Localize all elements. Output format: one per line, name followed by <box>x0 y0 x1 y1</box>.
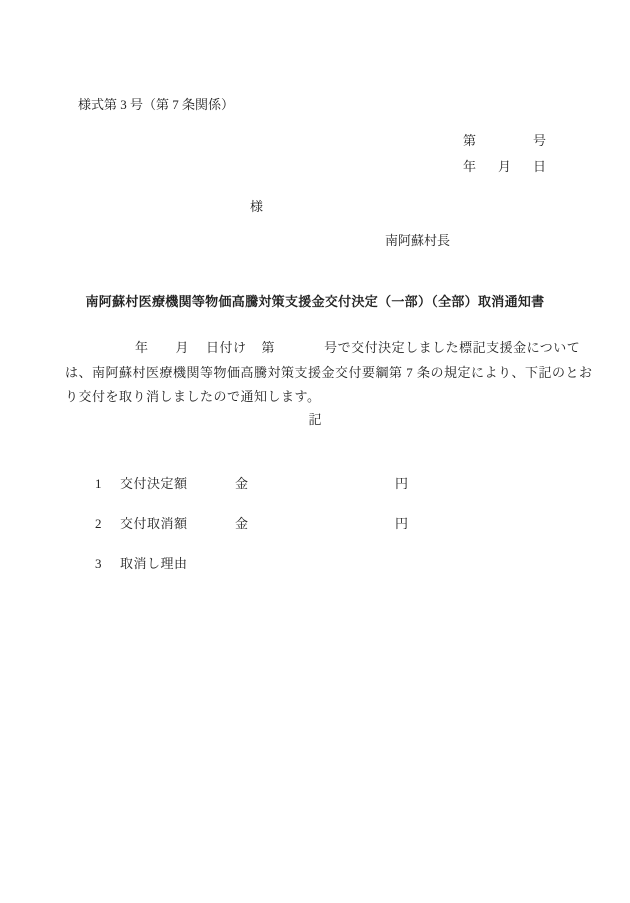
form-number-label: 様式第 3 号（第 7 条関係） <box>78 98 234 111</box>
item-label: 交付決定額 <box>120 477 235 490</box>
date-line: 年月日 <box>463 160 546 173</box>
document-number-line: 第号 <box>463 134 546 147</box>
body-day-blank <box>189 351 206 352</box>
body-line-1-rest: 号で交付決定しました標記支援金について <box>324 340 580 355</box>
record-heading: 記 <box>0 413 630 426</box>
body-date-suffix: 日付け <box>206 340 247 355</box>
body-line-3: り交付を取り消しましたので通知します。 <box>65 385 577 410</box>
body-year-label: 年 <box>135 340 149 355</box>
item-label: 交付取消額 <box>120 517 235 530</box>
addressee-honorific: 様 <box>250 200 263 213</box>
document-page: 様式第 3 号（第 7 条関係） 第号 年月日 様 南阿蘇村長 南阿蘇村医療機関… <box>0 0 630 903</box>
body-line-2: は、南阿蘇村医療機関等物価高騰対策支援金交付要綱第 7 条の規定により、下記のと… <box>65 361 577 386</box>
item-number: 1 <box>95 477 120 490</box>
doc-number-suffix: 号 <box>533 133 546 148</box>
amount-suffix: 円 <box>395 517 408 530</box>
sender-title: 南阿蘇村長 <box>385 234 450 247</box>
date-year-label: 年 <box>463 159 476 174</box>
body-month-label: 月 <box>176 340 190 355</box>
body-year-blank <box>65 351 135 352</box>
date-month-blank <box>476 170 498 171</box>
body-no-blank-right <box>275 351 324 352</box>
item-number: 3 <box>95 557 120 570</box>
amount-prefix: 金 <box>235 517 395 530</box>
date-day-label: 日 <box>533 159 546 174</box>
doc-number-prefix: 第 <box>463 133 476 148</box>
item-row-3: 3取消し理由 <box>95 557 395 570</box>
body-month-blank <box>149 351 176 352</box>
item-number: 2 <box>95 517 120 530</box>
body-line-1: 年月日付け第号で交付決定しました標記支援金について <box>65 336 577 361</box>
body-no-prefix: 第 <box>262 340 276 355</box>
body-paragraph: 年月日付け第号で交付決定しました標記支援金について は、南阿蘇村医療機関等物価高… <box>65 336 577 410</box>
document-title: 南阿蘇村医療機関等物価高騰対策支援金交付決定（一部）（全部）取消通知書 <box>0 295 630 308</box>
body-no-blank-left <box>247 351 262 352</box>
amount-prefix: 金 <box>235 477 395 490</box>
item-label: 取消し理由 <box>120 557 235 570</box>
amount-suffix: 円 <box>395 477 408 490</box>
item-row-1: 1交付決定額金円 <box>95 477 408 490</box>
date-month-label: 月 <box>498 159 511 174</box>
date-day-blank <box>511 170 533 171</box>
item-row-2: 2交付取消額金円 <box>95 517 408 530</box>
doc-number-blank <box>476 144 533 145</box>
